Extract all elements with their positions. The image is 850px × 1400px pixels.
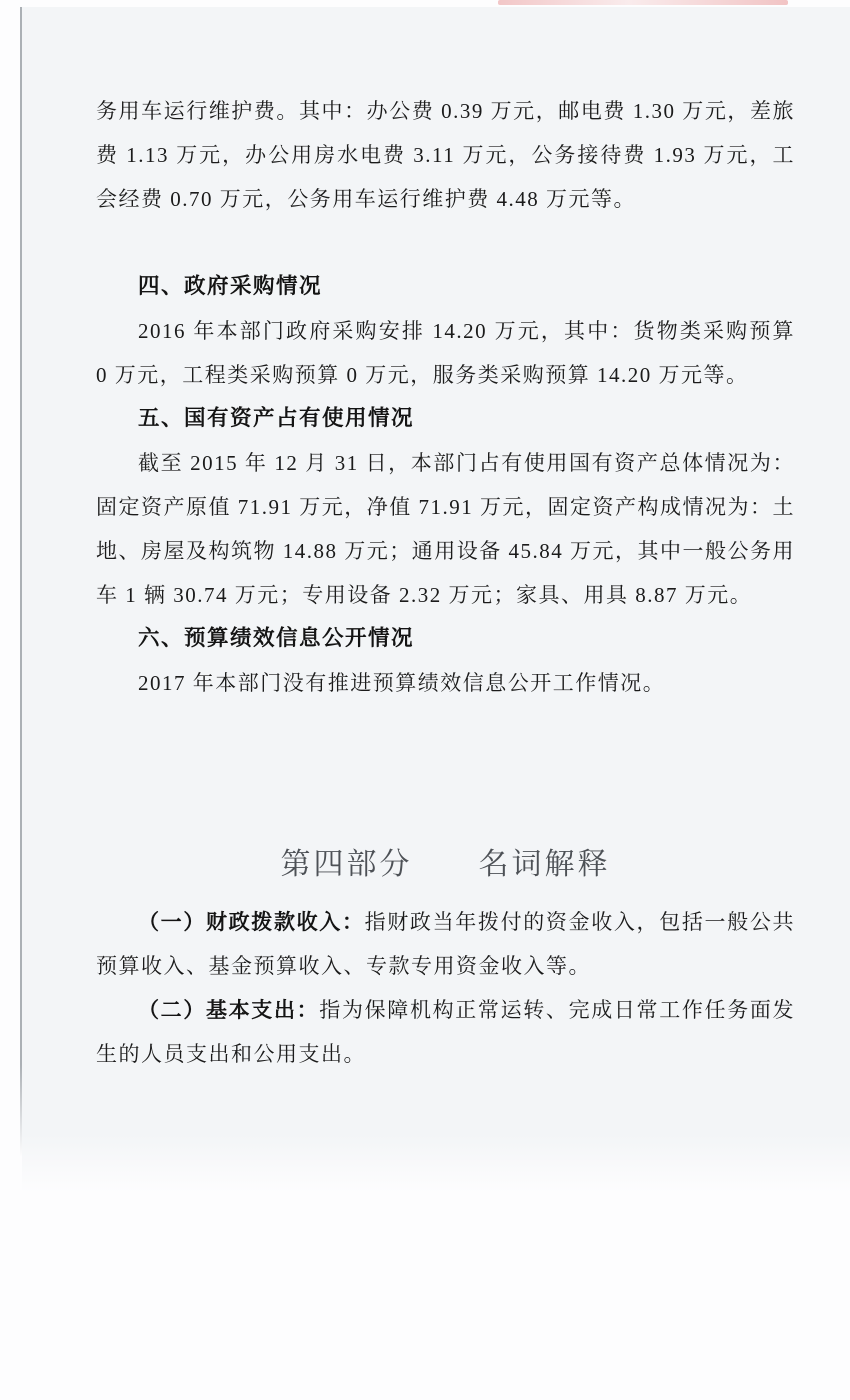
paragraph-section-6-performance-disclosure: 2017 年本部门没有推进预算绩效信息公开工作情况。: [96, 661, 795, 705]
paragraph-section-5-state-assets: 截至 2015 年 12 月 31 日，本部门占有使用国有资产总体情况为：固定资…: [96, 441, 795, 617]
heading-section-5-state-assets: 五、国有资产占有使用情况: [96, 397, 795, 441]
term-1-lead-label: （一）财政拨款收入：: [138, 910, 365, 934]
scanned-document-background: 务用车运行维护费。其中：办公费 0.39 万元，邮电费 1.30 万元，差旅费 …: [0, 0, 850, 1400]
paragraph-vehicle-operating-expenses: 务用车运行维护费。其中：办公费 0.39 万元，邮电费 1.30 万元，差旅费 …: [96, 89, 795, 221]
part-4-title-glossary: 第四部分 名词解释: [96, 845, 795, 885]
term-2-lead-label: （二）基本支出：: [138, 998, 319, 1022]
heading-section-4-government-procurement: 四、政府采购情况: [96, 265, 795, 309]
term-definition-fiscal-appropriation-income: （一）财政拨款收入：指财政当年拨付的资金收入，包括一般公共预算收入、基金预算收入…: [96, 900, 795, 988]
scan-artifact-top: [498, 0, 788, 5]
term-definition-basic-expenditure: （二）基本支出：指为保障机构正常运转、完成日常工作任务面发生的人员支出和公用支出…: [96, 988, 795, 1076]
blank-line-spacer: [96, 221, 795, 265]
document-page: 务用车运行维护费。其中：办公费 0.39 万元，邮电费 1.30 万元，差旅费 …: [22, 7, 850, 1135]
heading-section-6-performance-disclosure: 六、预算绩效信息公开情况: [96, 617, 795, 661]
paragraph-section-4-government-procurement: 2016 年本部门政府采购安排 14.20 万元，其中：货物类采购预算 0 万元…: [96, 309, 795, 397]
page-bottom-edge-fade: [22, 1135, 850, 1193]
